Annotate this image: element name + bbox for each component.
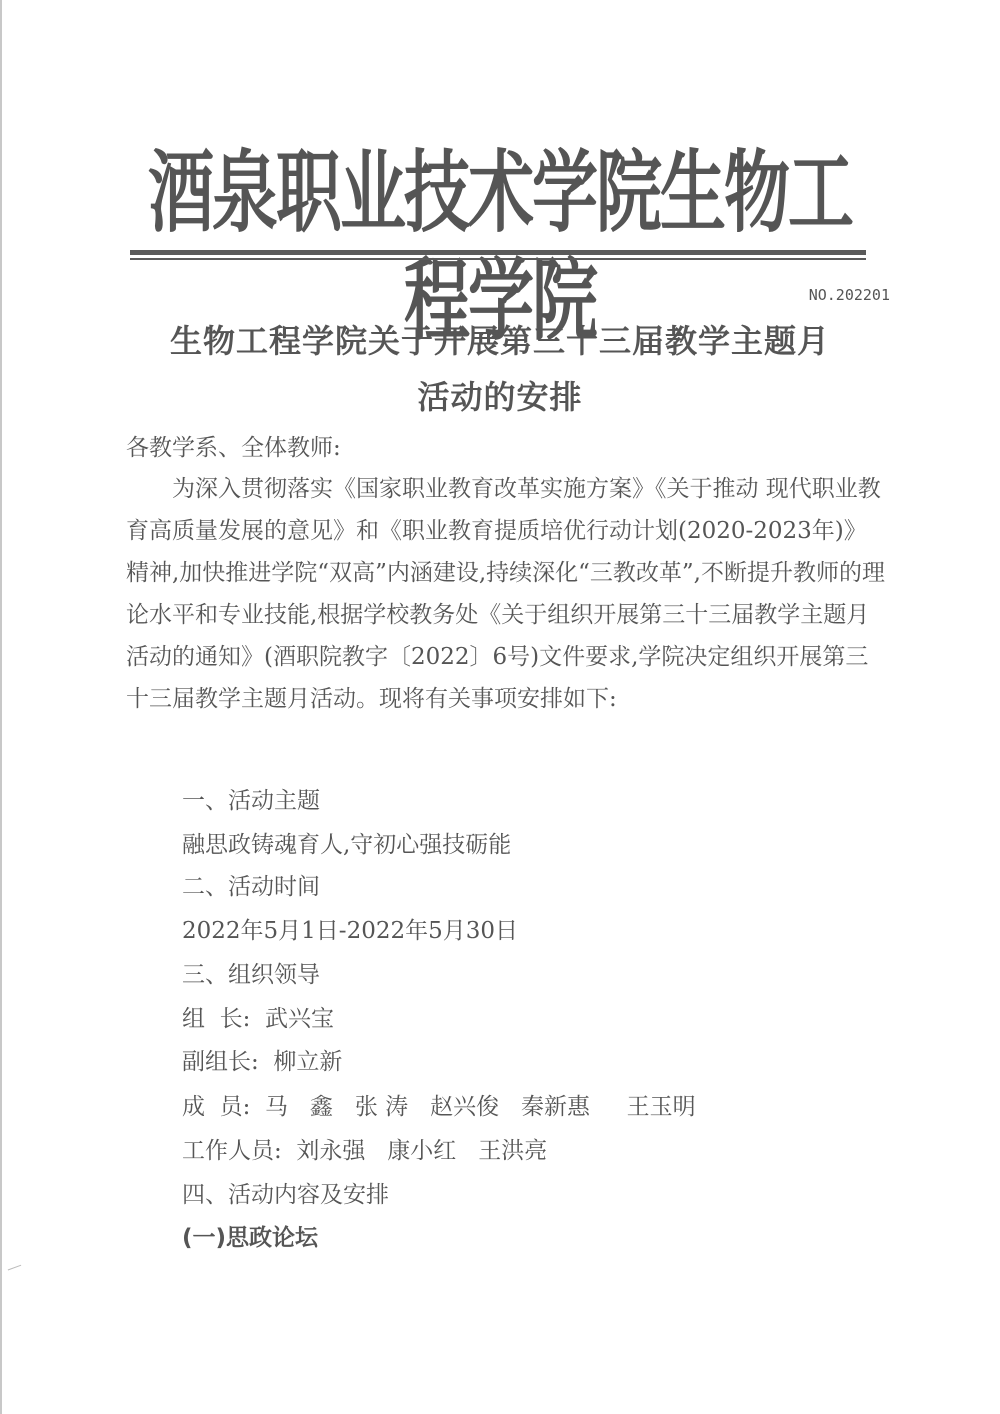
section-content-theme: 融思政铸魂育人,守初心强技砺能 bbox=[182, 826, 511, 859]
document-title-line2: 活动的安排 bbox=[100, 372, 900, 418]
scan-edge bbox=[0, 0, 2, 1414]
masthead-rule-thin bbox=[130, 258, 866, 260]
members-line: 成 员: 马 鑫 张 涛 赵兴俊 秦新惠 王玉明 bbox=[182, 1088, 696, 1121]
subsection-heading-forum: (一)思政论坛 bbox=[182, 1219, 318, 1252]
document-number: NO.202201 bbox=[809, 286, 890, 304]
salutation: 各教学系、全体教师: bbox=[126, 428, 886, 468]
document-body: 各教学系、全体教师: 为深入贯彻落实《国家职业教育改革实施方案》《关于推动 现代… bbox=[126, 428, 886, 720]
section-heading-time: 二、活动时间 bbox=[182, 868, 320, 901]
scan-speck bbox=[8, 1265, 23, 1274]
deputy-leader-line: 副组长: 柳立新 bbox=[182, 1043, 342, 1076]
section-content-time: 2022年5月1日-2022年5月30日 bbox=[182, 912, 518, 945]
document-page: 酒泉职业技术学院生物工程学院 NO.202201 生物工程学院关于开展第三十三届… bbox=[0, 0, 1000, 1414]
section-heading-theme: 一、活动主题 bbox=[182, 782, 320, 815]
leader-line: 组 长: 武兴宝 bbox=[182, 1000, 334, 1033]
masthead-rule-thick bbox=[130, 250, 866, 255]
intro-paragraph: 为深入贯彻落实《国家职业教育改革实施方案》《关于推动 现代职业教育高质量发展的意… bbox=[126, 468, 886, 720]
section-heading-leadership: 三、组织领导 bbox=[182, 956, 320, 989]
section-heading-content: 四、活动内容及安排 bbox=[182, 1176, 389, 1209]
document-title-line1: 生物工程学院关于开展第三十三届教学主题月 bbox=[100, 316, 900, 362]
staff-line: 工作人员: 刘永强 康小红 王洪亮 bbox=[182, 1132, 547, 1165]
